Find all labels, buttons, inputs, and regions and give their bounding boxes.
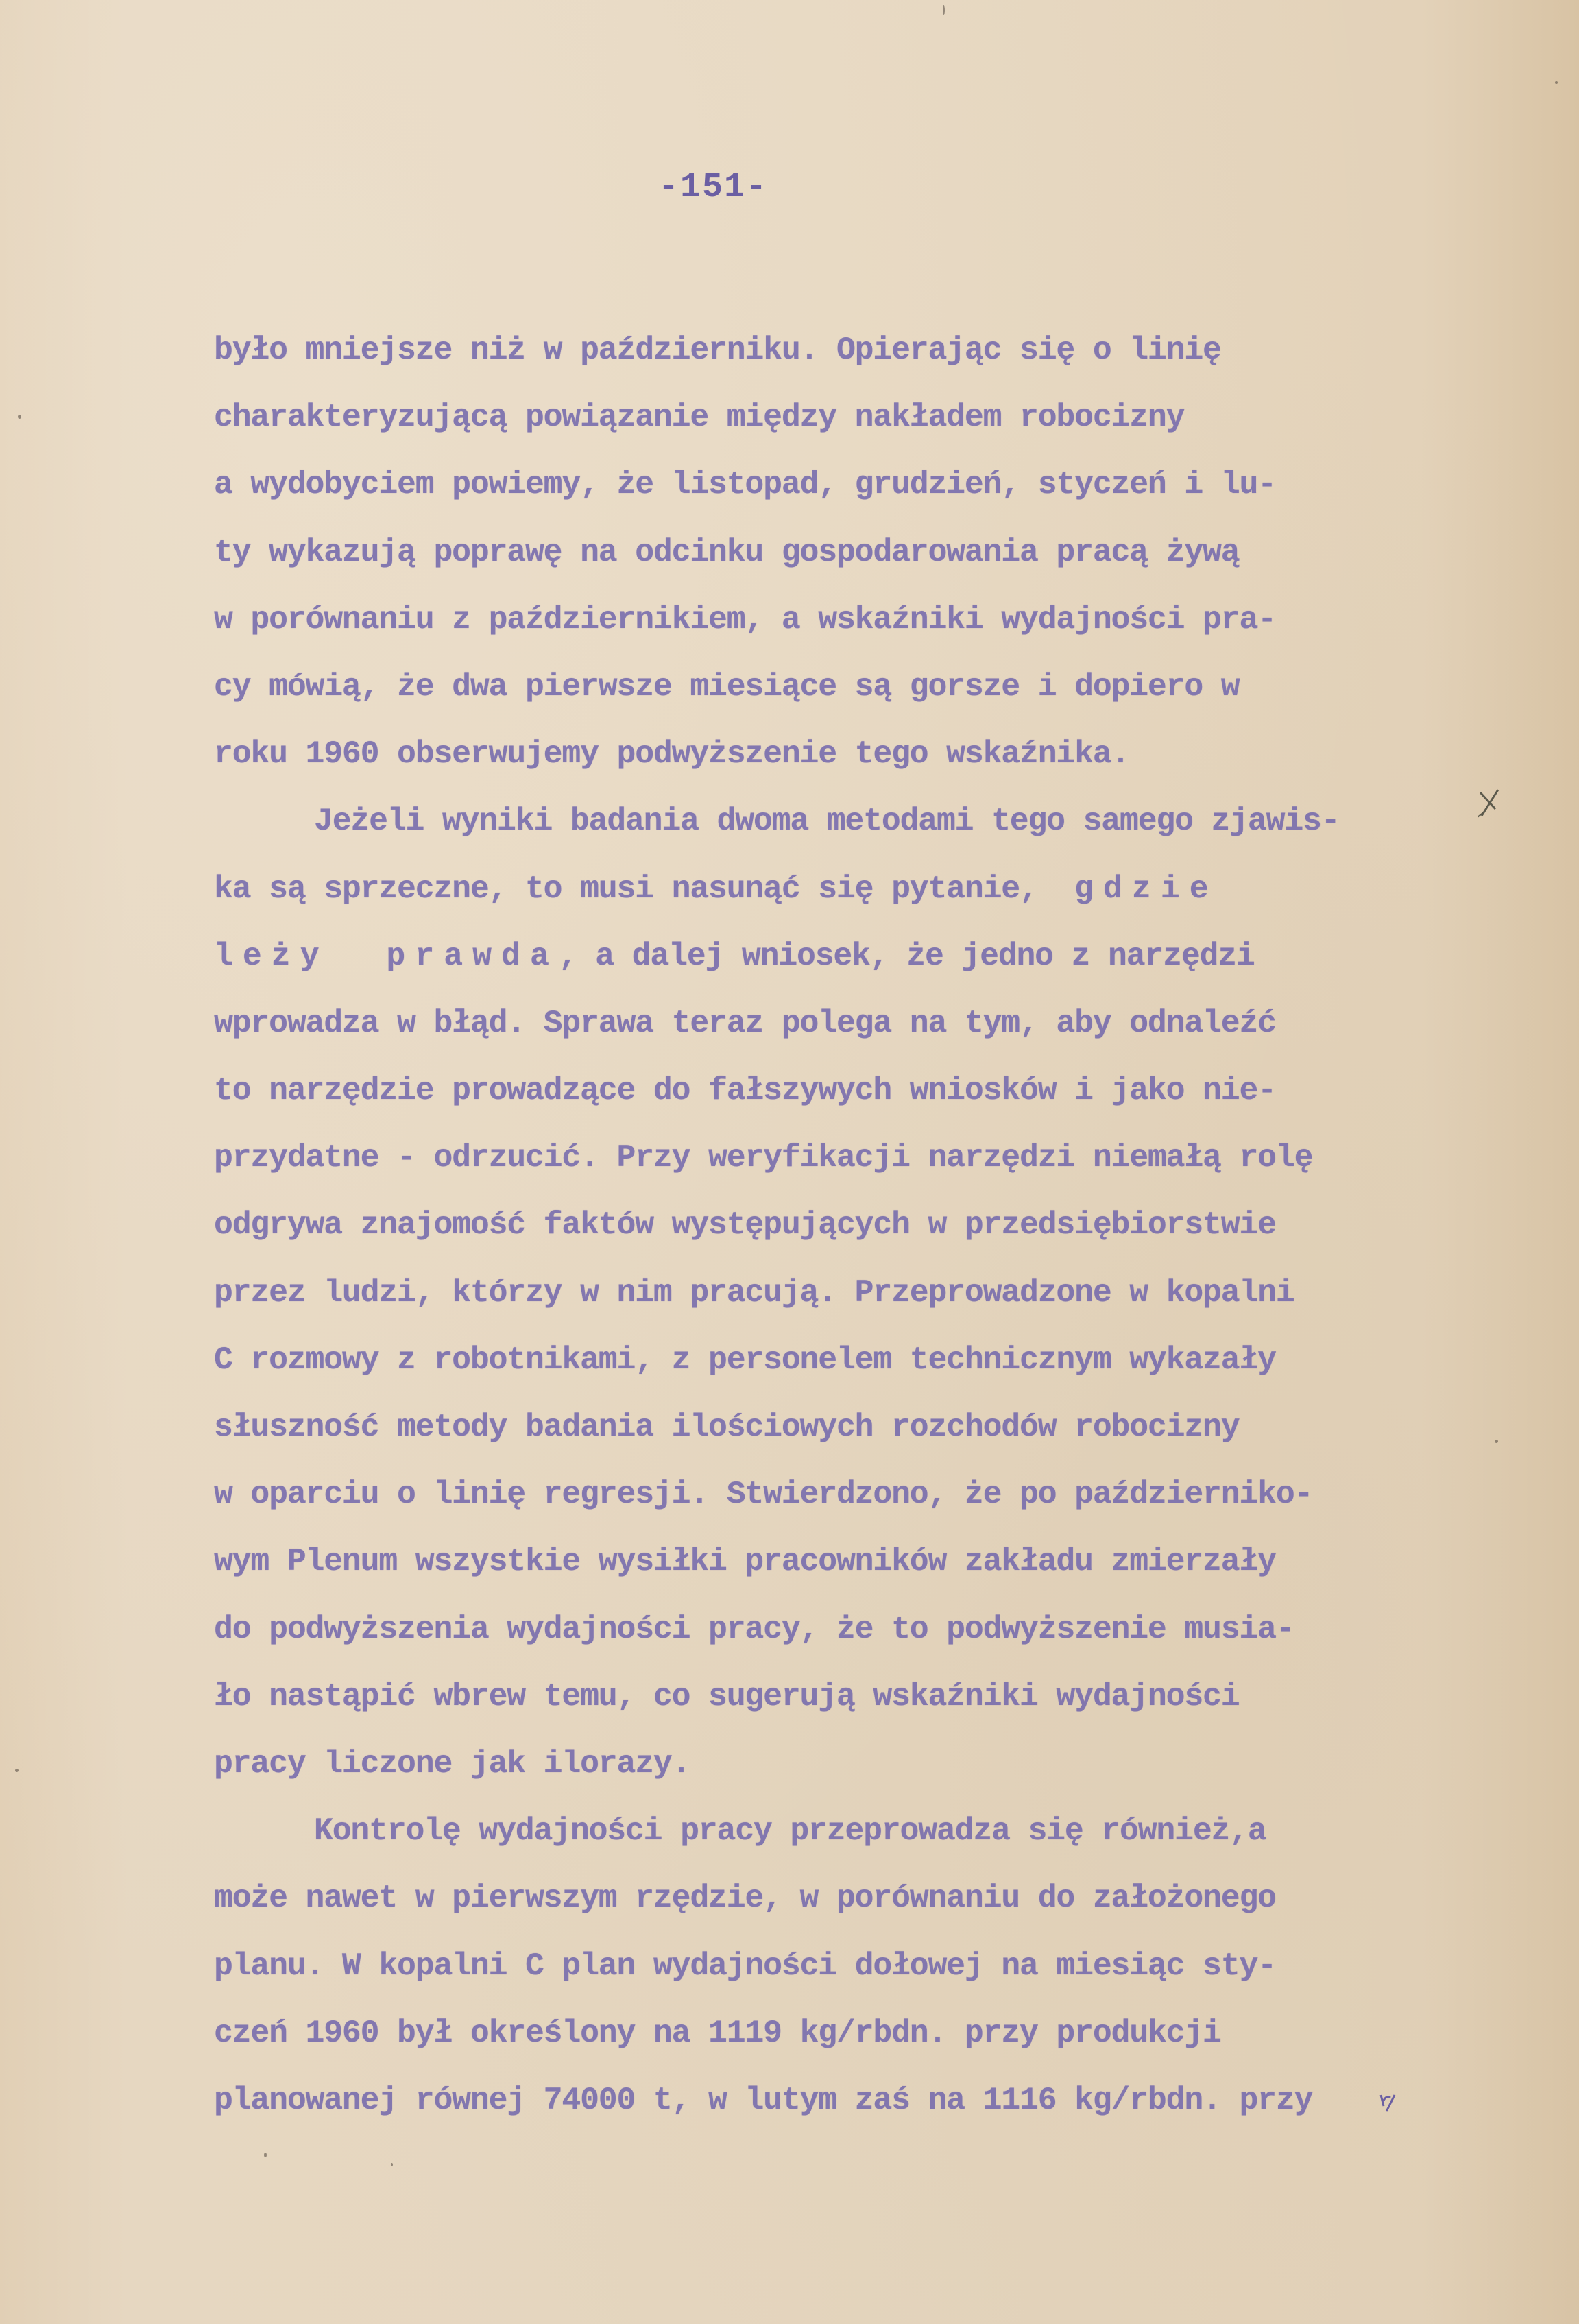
document-page: -151- było mniejsze niż w październiku. … — [0, 0, 1579, 2324]
typewritten-body: było mniejsze niż w październiku. Opiera… — [214, 317, 1503, 2134]
text-line: planowanej równej 74000 t, w lutym zaś n… — [214, 2067, 1503, 2134]
text-line-emphasis: leży prawda, a dalej wniosek, że jedno z… — [214, 923, 1503, 990]
paragraph-start-line: Kontrolę wydajności pracy przeprowadza s… — [214, 1798, 1503, 1865]
text-line: czeń 1960 był określony na 1119 kg/rbdn.… — [214, 2000, 1503, 2067]
text-line: ło nastąpić wbrew temu, co sugerują wska… — [214, 1663, 1503, 1730]
text-line-emphasis: ka są sprzeczne, to musi nasunąć się pyt… — [214, 856, 1503, 923]
spaced-emphasis-gdzie: gdzie — [1074, 871, 1218, 907]
text-line: do podwyższenia wydajności pracy, że to … — [214, 1596, 1503, 1663]
text-line: wprowadza w błąd. Sprawa teraz polega na… — [214, 990, 1503, 1057]
text-line: słuszność metody badania ilościowych roz… — [214, 1394, 1503, 1461]
text-line: w porównaniu z październikiem, a wskaźni… — [214, 586, 1503, 653]
text-line: odgrywa znajomość faktów występujących w… — [214, 1191, 1503, 1259]
text-line: to narzędzie prowadzące do fałszywych wn… — [214, 1057, 1503, 1124]
handwritten-correction-icon — [1378, 2092, 1399, 2113]
text-line: planu. W kopalni C plan wydajności dołow… — [214, 1933, 1503, 2000]
text-line: a wydobyciem powiemy, że listopad, grudz… — [214, 451, 1503, 518]
text-line: wym Plenum wszystkie wysiłki pracowników… — [214, 1528, 1503, 1595]
paper-speck — [943, 5, 945, 15]
line-prefix: ka są sprzeczne, to musi nasunąć się pyt… — [214, 871, 1074, 907]
text-line: ty wykazują poprawę na odcinku gospodaro… — [214, 519, 1503, 586]
spaced-emphasis-lezy-prawda: leży prawda — [214, 938, 559, 974]
text-line: w oparciu o linię regresji. Stwierdzono,… — [214, 1461, 1503, 1528]
text-line: charakteryzującą powiązanie między nakła… — [214, 384, 1503, 451]
text-line: cy mówią, że dwa pierwsze miesiące są go… — [214, 653, 1503, 721]
margin-x-mark-icon — [1478, 788, 1505, 830]
text-line: pracy liczone jak ilorazy. — [214, 1730, 1503, 1798]
paper-speck — [1495, 1440, 1498, 1443]
text-line: przydatne - odrzucić. Przy weryfikacji n… — [214, 1124, 1503, 1191]
paper-speck — [391, 2163, 393, 2166]
text-line: było mniejsze niż w październiku. Opiera… — [214, 317, 1503, 384]
text-line: C rozmowy z robotnikami, z personelem te… — [214, 1327, 1503, 1394]
page-number: -151- — [644, 168, 782, 207]
text-line: może nawet w pierwszym rzędzie, w porówn… — [214, 1865, 1503, 1932]
paper-speck — [1555, 81, 1558, 84]
text-line: roku 1960 obserwujemy podwyższenie tego … — [214, 721, 1503, 788]
paper-speck — [264, 2153, 267, 2157]
paragraph-start-line: Jeżeli wyniki badania dwoma metodami teg… — [214, 788, 1503, 855]
line-suffix: , a dalej wniosek, że jedno z narzędzi — [559, 938, 1255, 974]
text-line: przez ludzi, którzy w nim pracują. Przep… — [214, 1259, 1503, 1327]
paper-speck — [18, 415, 21, 419]
paper-speck — [15, 1769, 19, 1772]
